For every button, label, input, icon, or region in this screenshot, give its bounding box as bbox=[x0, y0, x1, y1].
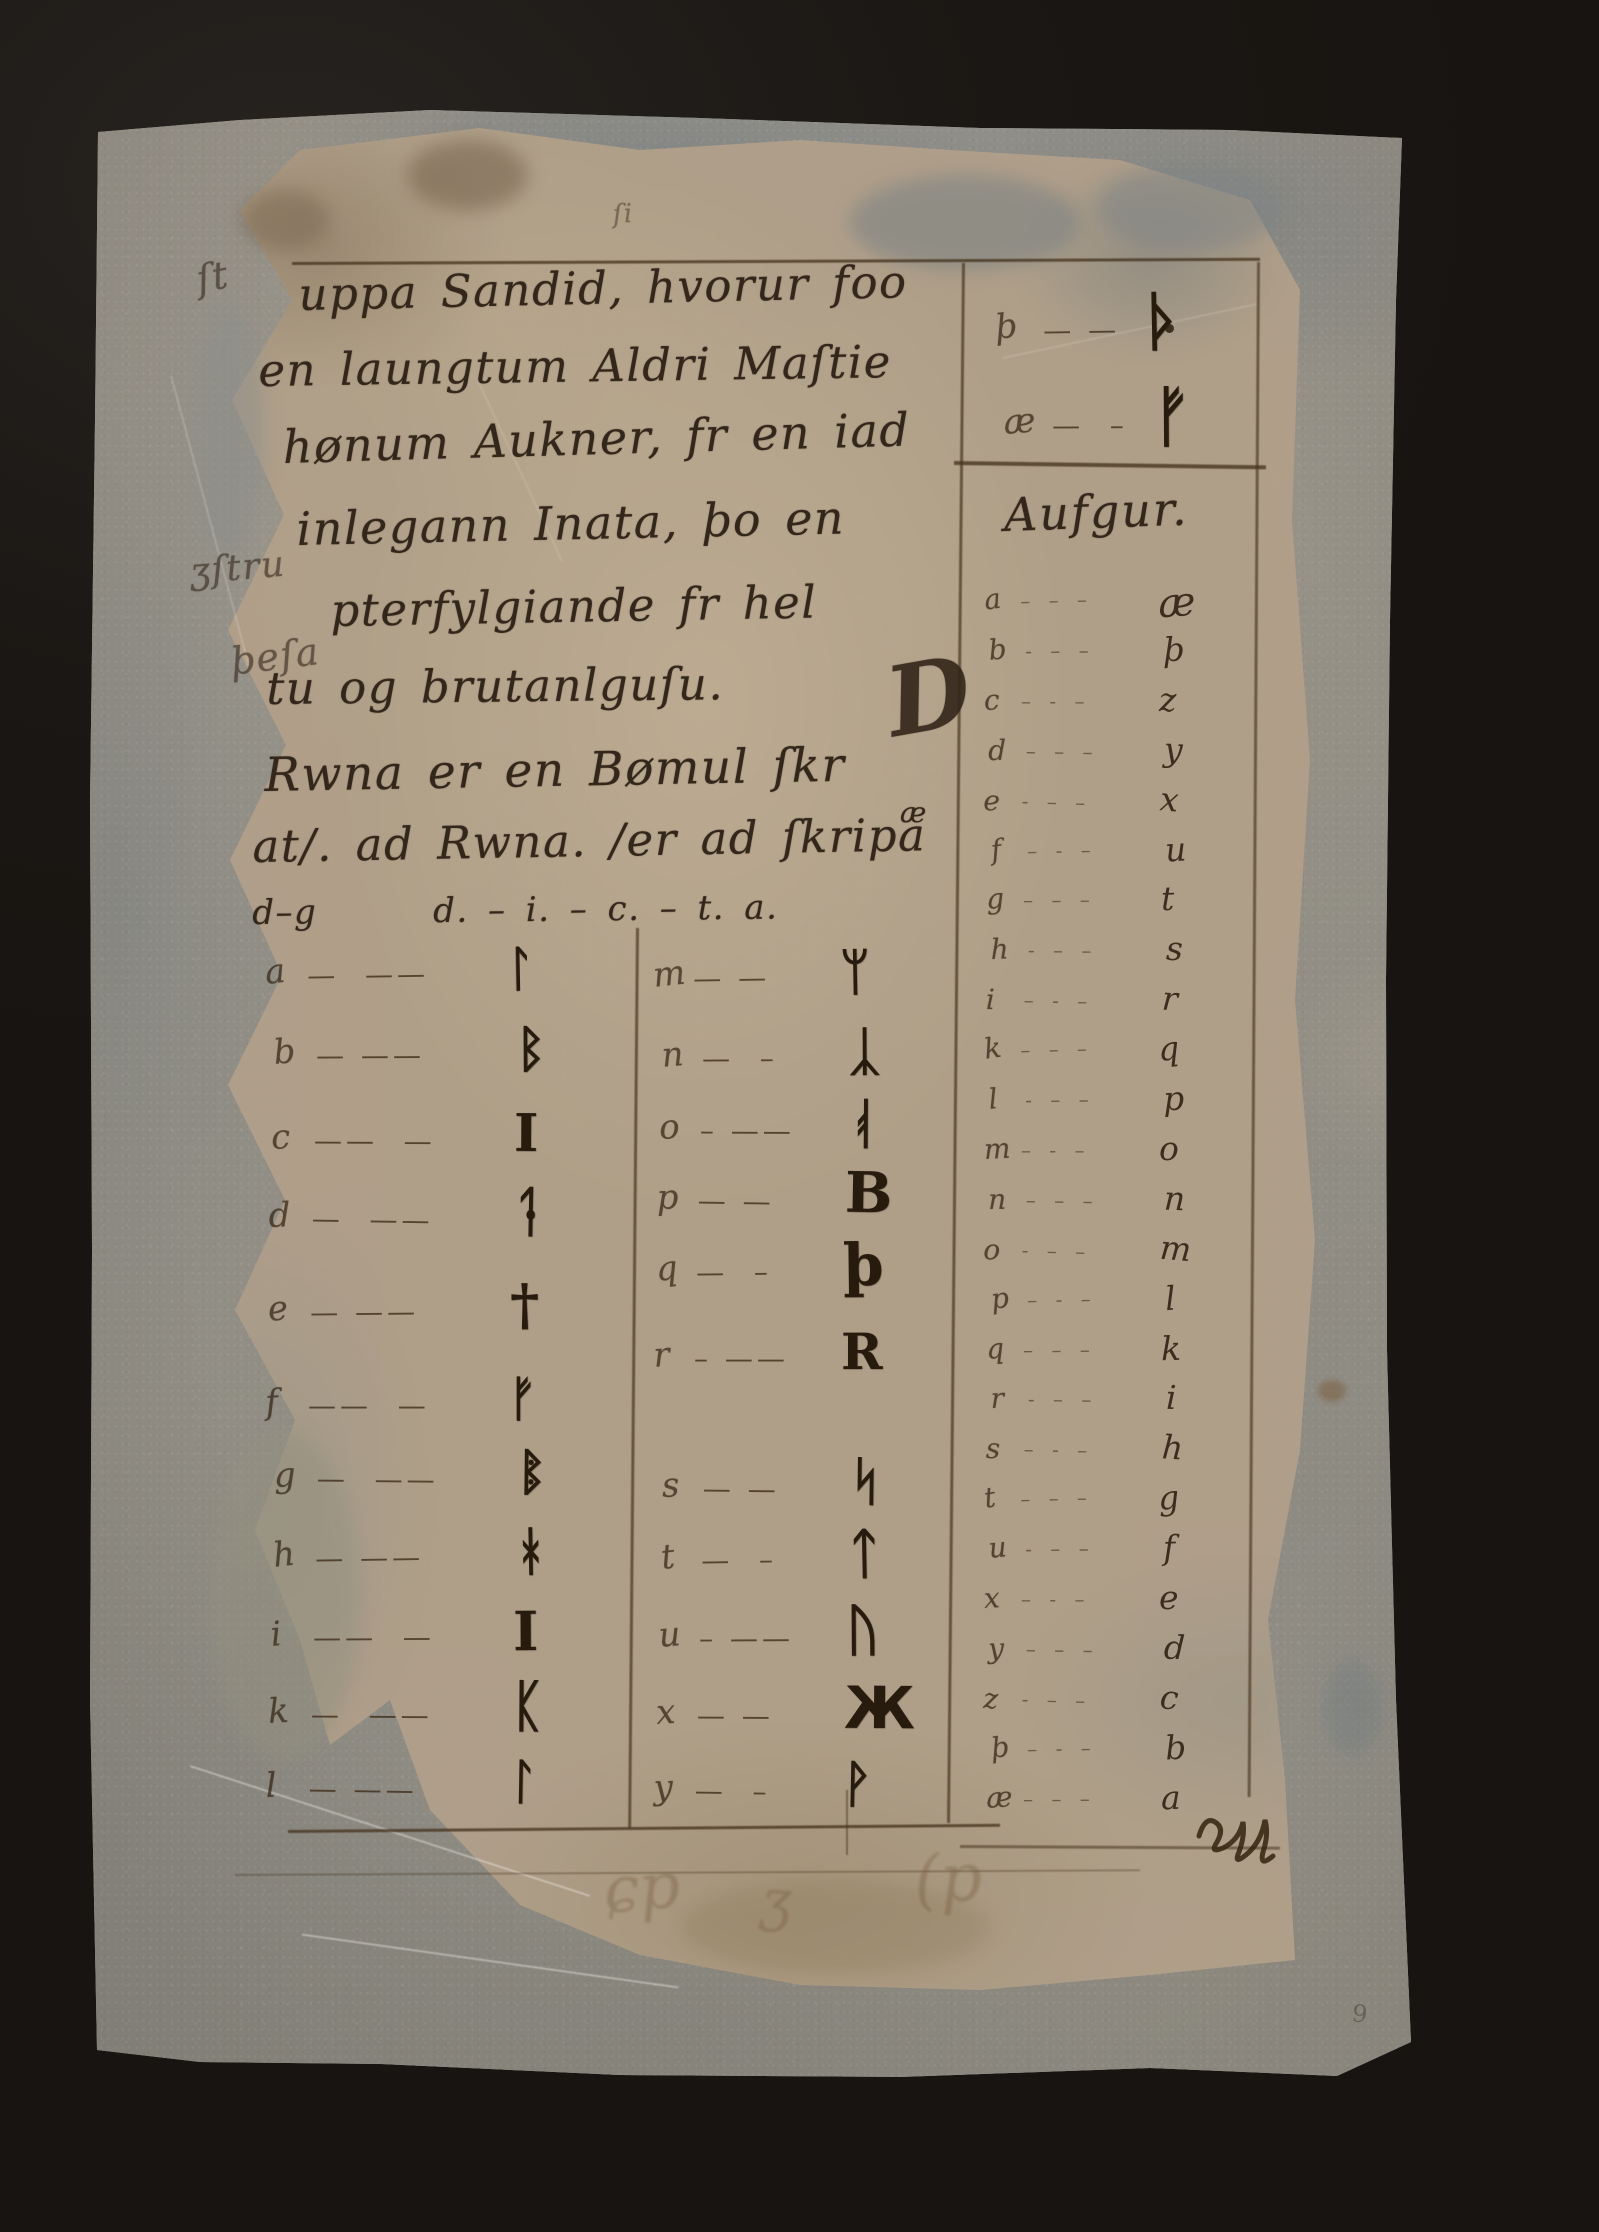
rune-row-dashes: — – bbox=[701, 1543, 777, 1577]
reverse-row-letter: r bbox=[990, 1382, 1004, 1415]
reverse-row-dashes: – - – bbox=[1021, 1138, 1090, 1162]
reverse-row-dashes: – – – bbox=[1026, 739, 1099, 764]
stain-patch bbox=[408, 140, 528, 210]
reverse-row-cipher: o bbox=[1159, 1129, 1179, 1168]
reverse-row-letter: z bbox=[983, 1682, 999, 1715]
reverse-row-dashes: – - – bbox=[1027, 838, 1097, 863]
rune-row-letter: a bbox=[263, 951, 287, 993]
rune-row-letter: s bbox=[661, 1465, 680, 1506]
reverse-row-dashes: - – – bbox=[1021, 789, 1091, 815]
rune-glyph: ᛚ bbox=[509, 1758, 539, 1807]
rune-row-letter: æ bbox=[1002, 400, 1037, 442]
rune-glyph: ᛋ bbox=[850, 1456, 882, 1508]
reverse-row-dashes: – - – bbox=[1027, 1736, 1097, 1761]
rune-row-dashes: — – bbox=[696, 1255, 772, 1289]
reverse-row-cipher: n bbox=[1163, 1179, 1186, 1219]
rune-glyph: B bbox=[844, 1165, 892, 1222]
reverse-row-cipher: e bbox=[1159, 1578, 1179, 1617]
reverse-row-letter: u bbox=[987, 1530, 1008, 1565]
reverse-row-dashes: – – – bbox=[1026, 1188, 1099, 1213]
reverse-row-dashes: – - – bbox=[1024, 1437, 1094, 1462]
reverse-row-dashes: - – – bbox=[1021, 1238, 1091, 1264]
rune-row-dashes: — – bbox=[695, 1774, 771, 1808]
reverse-row-dashes: - – – bbox=[1028, 1387, 1098, 1411]
reverse-row-dashes: – – – bbox=[1020, 587, 1093, 613]
rune-glyph: ᛔ bbox=[517, 1447, 548, 1497]
rune-glyph: I bbox=[514, 1108, 539, 1160]
rune-row-dashes: — — bbox=[697, 1699, 774, 1732]
reverse-row-dashes: – – – bbox=[1023, 888, 1096, 912]
reverse-row-cipher: s bbox=[1166, 929, 1184, 968]
reverse-row-letter: n bbox=[988, 1183, 1006, 1216]
reverse-row-dashes: - – – bbox=[1025, 1536, 1095, 1561]
reverse-row-cipher: g bbox=[1156, 1477, 1180, 1518]
rune-row-dashes: — —— bbox=[310, 1295, 419, 1329]
reverse-row-letter: c bbox=[983, 683, 1000, 717]
rune-row-dashes: — —— bbox=[317, 1462, 439, 1496]
rune-row-dashes: – —— bbox=[694, 1342, 789, 1375]
reverse-row-letter: æ bbox=[985, 1780, 1014, 1815]
reverse-row-dashes: – – – bbox=[1026, 1637, 1099, 1662]
rune-glyph: ᚠ bbox=[508, 1375, 537, 1423]
text-line-2: en laungtum Aldri Maſtie bbox=[258, 335, 892, 397]
reverse-row-dashes: – – – bbox=[1020, 1036, 1093, 1062]
reverse-row-cipher: a bbox=[1161, 1778, 1182, 1817]
reverse-row-letter: g bbox=[985, 882, 1005, 916]
rune-row-letter: f bbox=[264, 1382, 279, 1423]
rune-glyph: þ bbox=[843, 1236, 884, 1294]
stain-patch bbox=[190, 300, 265, 560]
photo-backdrop: uppa Sandid, hvorur foo en laungtum Aldr… bbox=[0, 0, 1599, 2232]
rune-row-dashes: — — bbox=[1043, 313, 1120, 347]
rune-row-dashes: —— — bbox=[314, 1124, 436, 1158]
rune-row-dashes: — — bbox=[703, 1472, 780, 1506]
rune-row-dashes: —— — bbox=[308, 1389, 430, 1422]
reverse-row-cipher: b bbox=[1164, 1727, 1188, 1767]
rune-glyph: ᚮ bbox=[847, 1096, 880, 1150]
ghost-mark: (p bbox=[912, 1838, 984, 1918]
rune-row-letter: c bbox=[270, 1117, 291, 1158]
reverse-row-cipher: x bbox=[1158, 779, 1180, 819]
rune-row-dashes: — — bbox=[698, 1184, 775, 1218]
rune-row-letter: x bbox=[655, 1692, 676, 1733]
rune-row-letter: h bbox=[271, 1534, 297, 1576]
rune-glyph: R bbox=[841, 1327, 883, 1377]
rune-row-dashes: — —— bbox=[311, 1698, 433, 1732]
rune-row-dashes: — —— bbox=[309, 1772, 418, 1807]
reverse-row-dashes: – - – bbox=[1021, 689, 1090, 713]
text-line-6: tu og brutanlguſu. bbox=[266, 657, 724, 715]
rune-glyph: † bbox=[510, 1277, 540, 1333]
rune-row-letter: y bbox=[653, 1767, 674, 1808]
rune-glyph: ᚢ bbox=[846, 1603, 880, 1659]
rune-row-letter: q bbox=[654, 1248, 679, 1290]
rune-row-dashes: — — bbox=[693, 961, 770, 995]
reverse-row-letter: i bbox=[986, 983, 995, 1016]
superscript-ae: æ bbox=[900, 796, 928, 829]
rune-row-dashes: — – bbox=[1052, 409, 1128, 442]
ghost-mark: ɕp bbox=[600, 1848, 683, 1928]
rune-row-letter: r bbox=[652, 1335, 671, 1376]
reverse-row-cipher: c bbox=[1158, 1677, 1180, 1717]
ghost-mark: ʒ bbox=[759, 1868, 794, 1935]
reverse-row-cipher: r bbox=[1161, 979, 1179, 1019]
rune-glyph: ᚼ bbox=[515, 1525, 547, 1578]
reverse-row-cipher: p bbox=[1162, 1079, 1185, 1119]
rune-row-dashes: — —— bbox=[307, 957, 429, 992]
rune-glyph: I bbox=[513, 1603, 539, 1657]
rune-row-letter: p bbox=[656, 1177, 679, 1218]
reverse-row-dashes: - – – bbox=[1028, 938, 1098, 962]
reverse-row-cipher: z bbox=[1159, 680, 1176, 719]
reverse-row-cipher: f bbox=[1162, 1528, 1176, 1567]
stain-patch bbox=[1318, 1380, 1346, 1402]
end-squiggle bbox=[1195, 1788, 1305, 1868]
reverse-row-cipher: u bbox=[1164, 829, 1188, 869]
reverse-row-letter: þ bbox=[989, 1730, 1011, 1765]
rune-glyph: ᚹ bbox=[842, 1759, 873, 1810]
rune-row-dashes: — – bbox=[702, 1042, 778, 1075]
rune-row-letter: o bbox=[658, 1107, 681, 1148]
stain-patch bbox=[1325, 1660, 1380, 1755]
rune-glyph: ᚦ bbox=[1142, 290, 1182, 355]
margin-fragment: ʒſtru bbox=[188, 544, 287, 593]
reverse-row-letter: y bbox=[988, 1632, 1004, 1665]
reverse-row-letter: d bbox=[988, 734, 1006, 767]
rune-row-dashes: — —— bbox=[312, 1202, 434, 1237]
rune-row-letter: l bbox=[265, 1766, 277, 1806]
rune-glyph: ᛑ bbox=[512, 1184, 545, 1239]
rune-row-letter: n bbox=[660, 1034, 685, 1076]
rune-row-letter: m bbox=[651, 953, 687, 996]
rune-row-dashes: — —— bbox=[316, 1038, 425, 1072]
reverse-row-letter: x bbox=[983, 1581, 1001, 1615]
reverse-row-dashes: – - – bbox=[1027, 1287, 1097, 1312]
reverse-row-dashes: – – – bbox=[1020, 1485, 1093, 1511]
reverse-row-cipher: h bbox=[1161, 1427, 1185, 1467]
text-line-9: d–g d. – i. – c. – t. a. bbox=[252, 887, 779, 933]
margin-fragment: ſi bbox=[612, 199, 634, 230]
rune-row-dashes: – —— bbox=[699, 1622, 794, 1655]
reverse-row-dashes: – – – bbox=[1023, 1787, 1096, 1811]
rune-row-letter: u bbox=[657, 1614, 682, 1656]
rune-dot bbox=[1165, 324, 1174, 333]
rune-row-letter: d bbox=[268, 1195, 291, 1236]
text-line-4: inlegann Inata, þo en bbox=[296, 491, 846, 556]
reverse-row-cipher: t bbox=[1161, 879, 1175, 918]
reverse-table-title: Aufgur. bbox=[1003, 482, 1189, 542]
reverse-row-letter: p bbox=[989, 1281, 1011, 1316]
rune-glyph: ᛏ bbox=[848, 1526, 881, 1581]
reverse-row-cipher: æ bbox=[1156, 579, 1197, 628]
text-line-5: pterfylgiande fr hel bbox=[330, 576, 818, 637]
reverse-row-letter: m bbox=[983, 1132, 1011, 1166]
reverse-row-cipher: y bbox=[1163, 730, 1183, 770]
text-line-7: Rwna er en Bømul ſkr bbox=[264, 738, 846, 803]
rune-glyph: ᛐ bbox=[507, 945, 537, 994]
rune-row-dashes: — —— bbox=[315, 1540, 424, 1575]
reverse-row-letter: s bbox=[986, 1432, 1001, 1465]
stain-patch bbox=[1095, 165, 1285, 250]
rune-glyph: Ж bbox=[844, 1679, 915, 1737]
reverse-row-dashes: - – – bbox=[1021, 1687, 1091, 1713]
rune-row-dashes: – —— bbox=[700, 1114, 795, 1147]
reverse-row-dashes: – – – bbox=[1023, 1338, 1096, 1362]
reverse-row-dashes: – - – bbox=[1024, 988, 1094, 1013]
rune-row-letter: g bbox=[273, 1455, 297, 1496]
rune-row-letter: b bbox=[272, 1031, 297, 1073]
rune-glyph: ᛕ bbox=[511, 1679, 545, 1735]
reverse-row-cipher: k bbox=[1161, 1329, 1182, 1368]
rune-row-letter: þ bbox=[993, 306, 1019, 348]
reverse-row-dashes: – - – bbox=[1021, 1587, 1090, 1611]
rune-glyph: ᛘ bbox=[840, 947, 871, 998]
reverse-row-letter: e bbox=[983, 784, 1001, 818]
reverse-row-letter: b bbox=[987, 632, 1008, 667]
reverse-row-cipher: m bbox=[1158, 1228, 1192, 1269]
reverse-row-dashes: - – – bbox=[1025, 638, 1095, 663]
reverse-row-letter: o bbox=[983, 1233, 1001, 1267]
rune-glyph: ᛒ bbox=[516, 1024, 546, 1074]
reverse-row-cipher: þ bbox=[1162, 630, 1185, 670]
reverse-row-dashes: - – – bbox=[1025, 1087, 1095, 1112]
stain-patch bbox=[240, 190, 330, 250]
reverse-row-cipher: q bbox=[1156, 1028, 1180, 1069]
reverse-row-letter: q bbox=[985, 1332, 1005, 1366]
reverse-row-cipher: i bbox=[1166, 1378, 1177, 1417]
reverse-row-letter: h bbox=[990, 932, 1009, 966]
rune-glyph: ᚠ bbox=[1152, 384, 1192, 450]
rune-row-letter: e bbox=[266, 1288, 290, 1330]
reverse-row-cipher: d bbox=[1163, 1628, 1186, 1668]
rune-row-dashes: —— — bbox=[313, 1620, 435, 1654]
rune-row-letter: k bbox=[267, 1691, 290, 1732]
rune-glyph: ᛣ bbox=[849, 1026, 881, 1078]
